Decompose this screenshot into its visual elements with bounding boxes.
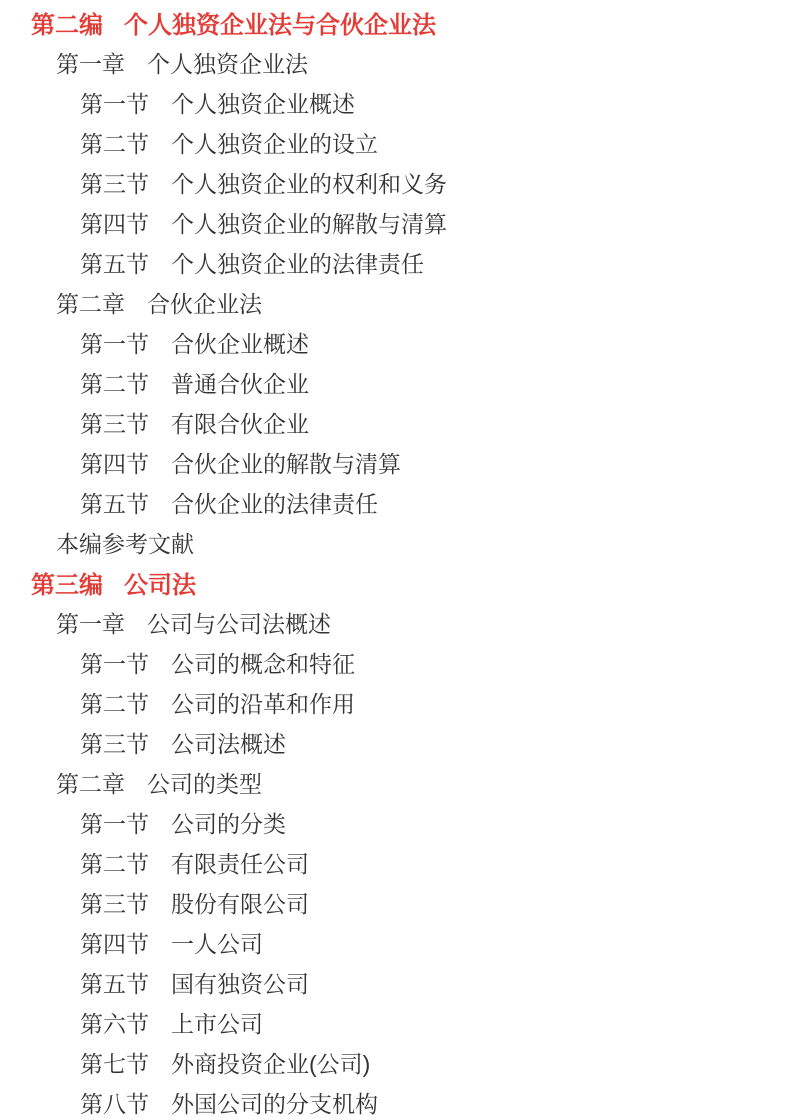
toc-item-label: 第七节 [80,1046,149,1079]
toc-item-title: 股份有限公司 [171,886,309,919]
toc-item-label: 第八节 [80,1086,149,1119]
toc-item-title: 一人公司 [171,926,263,959]
toc-item-title: 合伙企业概述 [171,326,309,359]
toc-section-item: 第五节合伙企业的法律责任 [0,482,790,522]
toc-item-title: 公司的类型 [147,766,262,799]
toc-item-label: 第二节 [80,846,149,879]
toc-part-heading: 第三编公司法 [0,562,790,602]
toc-item-label: 第二节 [80,126,149,159]
toc-item-title: 外商投资企业(公司) [171,1046,370,1079]
toc-item-label: 第三节 [80,406,149,439]
toc-section-item: 第一节公司的概念和特征 [0,642,790,682]
toc-item-title: 国有独资公司 [171,966,309,999]
toc-item-label: 第三节 [80,166,149,199]
toc-item-title: 个人独资企业法 [147,46,308,79]
toc-item-title: 个人独资企业的设立 [171,126,378,159]
toc-item-label: 第四节 [80,926,149,959]
toc-section-item: 第三节个人独资企业的权利和义务 [0,162,790,202]
toc-chapter-item: 第一章个人独资企业法 [0,42,790,82]
toc-section-item: 第四节合伙企业的解散与清算 [0,442,790,482]
toc-item-label: 第五节 [80,246,149,279]
toc-item-title: 公司与公司法概述 [147,606,331,639]
toc-section-item: 第五节个人独资企业的法律责任 [0,242,790,282]
toc-section-item: 第二节公司的沿革和作用 [0,682,790,722]
toc-section-item: 第七节外商投资企业(公司) [0,1042,790,1082]
toc-chapter-item: 第一章公司与公司法概述 [0,602,790,642]
toc-item-title: 合伙企业法 [147,286,262,319]
toc-section-item: 第三节公司法概述 [0,722,790,762]
toc-item-title: 普通合伙企业 [171,366,309,399]
toc-item-label: 第二节 [80,686,149,719]
toc-item-title: 有限合伙企业 [171,406,309,439]
toc-item-label: 第六节 [80,1006,149,1039]
toc-item-label: 第一节 [80,86,149,119]
toc-section-item: 第二节个人独资企业的设立 [0,122,790,162]
toc-item-label: 第五节 [80,486,149,519]
toc-item-label: 第一章 [56,46,125,79]
toc-chapter-item: 第二章合伙企业法 [0,282,790,322]
toc-references-item: 本编参考文献 [0,522,790,562]
toc-item-title: 个人独资企业法与合伙企业法 [124,5,436,40]
toc-item-label: 第五节 [80,966,149,999]
toc-section-item: 第一节公司的分类 [0,802,790,842]
toc-item-label: 第一节 [80,806,149,839]
toc-item-label: 第四节 [80,446,149,479]
toc-item-title: 合伙企业的解散与清算 [171,446,401,479]
toc-item-label: 第一节 [80,326,149,359]
toc-item-label: 第三编 [31,565,103,600]
toc-item-label: 第三节 [80,726,149,759]
toc-item-label: 第二编 [31,5,103,40]
toc-item-title: 个人独资企业概述 [171,86,355,119]
toc-section-item: 第八节外国公司的分支机构 [0,1082,790,1120]
toc-section-item: 第一节合伙企业概述 [0,322,790,362]
toc-section-item: 第六节上市公司 [0,1002,790,1042]
toc-item-label: 第四节 [80,206,149,239]
toc-chapter-item: 第二章公司的类型 [0,762,790,802]
toc-section-item: 第四节个人独资企业的解散与清算 [0,202,790,242]
toc-item-label: 本编参考文献 [56,526,194,559]
toc-item-label: 第二节 [80,366,149,399]
toc-item-title: 外国公司的分支机构 [171,1086,378,1119]
toc-item-title: 公司法概述 [171,726,286,759]
toc-item-label: 第二章 [56,286,125,319]
toc-item-title: 公司的沿革和作用 [171,686,355,719]
toc-item-title: 个人独资企业的法律责任 [171,246,424,279]
toc-item-label: 第一节 [80,646,149,679]
table-of-contents: 第二编个人独资企业法与合伙企业法第一章个人独资企业法第一节个人独资企业概述第二节… [0,0,790,1120]
toc-section-item: 第四节一人公司 [0,922,790,962]
toc-item-title: 上市公司 [171,1006,263,1039]
toc-section-item: 第一节个人独资企业概述 [0,82,790,122]
toc-item-title: 合伙企业的法律责任 [171,486,378,519]
toc-item-title: 公司法 [124,565,196,600]
toc-section-item: 第三节股份有限公司 [0,882,790,922]
toc-item-label: 第一章 [56,606,125,639]
toc-section-item: 第二节普通合伙企业 [0,362,790,402]
toc-part-heading: 第二编个人独资企业法与合伙企业法 [0,2,790,42]
toc-item-label: 第三节 [80,886,149,919]
toc-item-title: 有限责任公司 [171,846,309,879]
toc-section-item: 第三节有限合伙企业 [0,402,790,442]
toc-item-label: 第二章 [56,766,125,799]
toc-item-title: 公司的概念和特征 [171,646,355,679]
toc-item-title: 公司的分类 [171,806,286,839]
toc-item-title: 个人独资企业的权利和义务 [171,166,447,199]
toc-item-title: 个人独资企业的解散与清算 [171,206,447,239]
toc-section-item: 第二节有限责任公司 [0,842,790,882]
toc-section-item: 第五节国有独资公司 [0,962,790,1002]
